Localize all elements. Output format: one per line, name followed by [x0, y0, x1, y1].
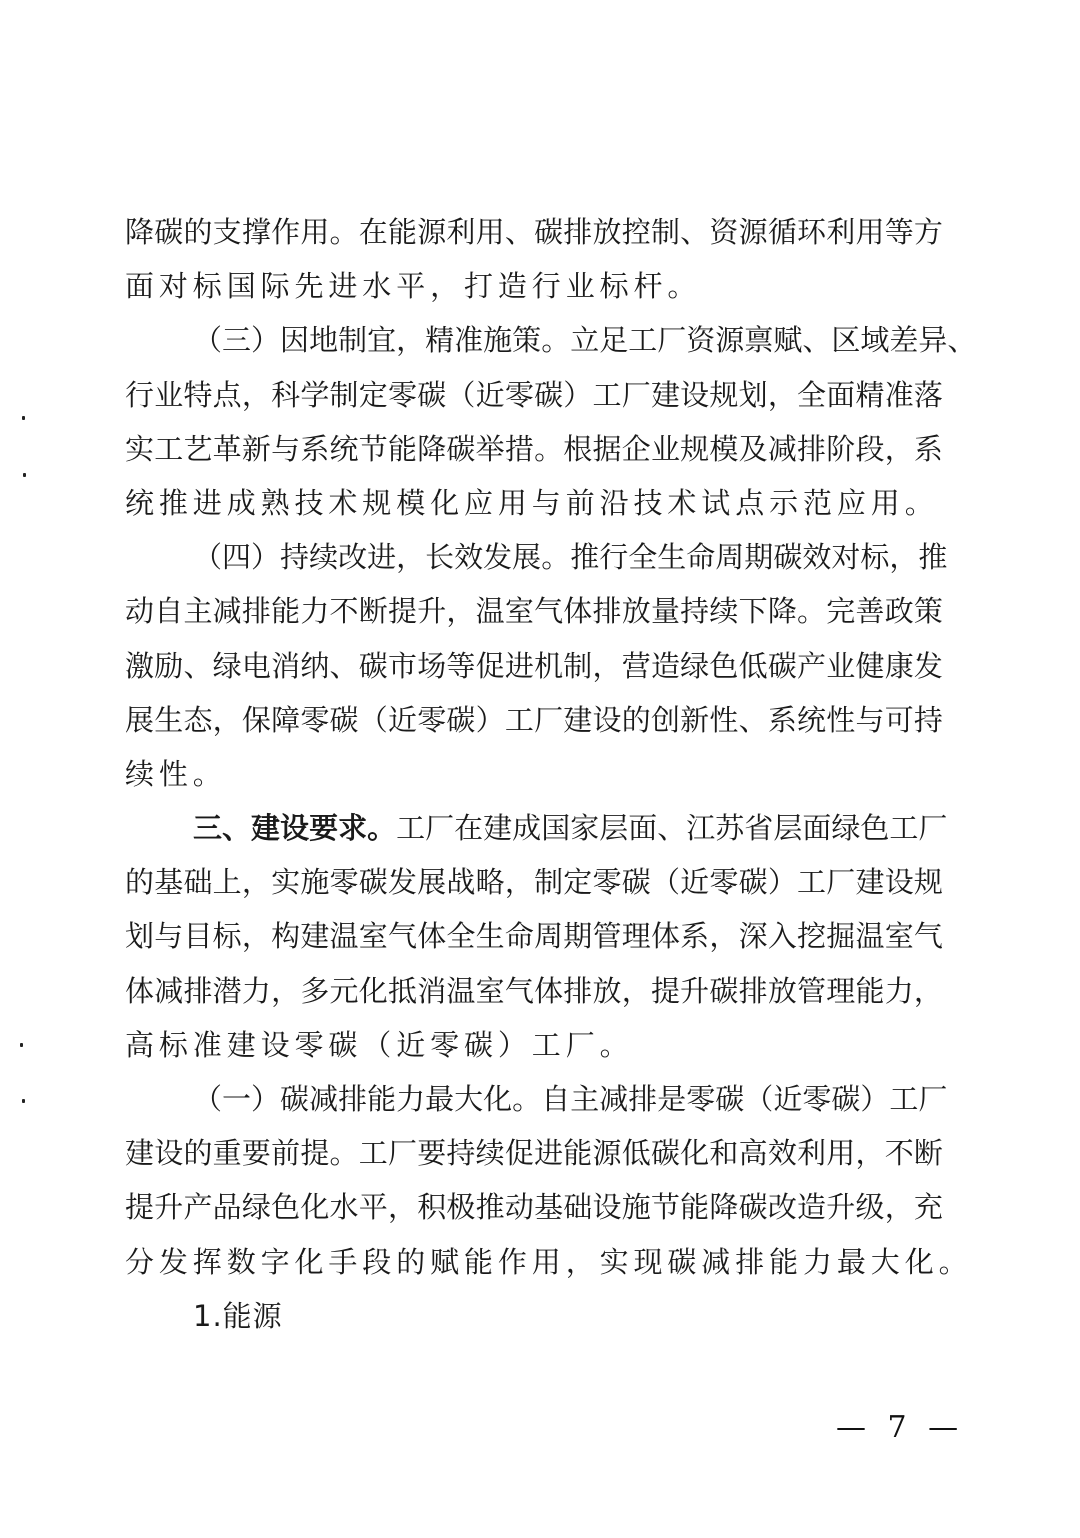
text-line: 续性。 — [125, 747, 943, 801]
binding-hole-mark — [22, 1099, 25, 1103]
text-line: 体减排潜力，多元化抵消温室气体排放，提升碳排放管理能力， — [125, 964, 943, 1018]
text-line: 降碳的支撑作用。在能源利用、碳排放控制、资源循环利用等方 — [125, 205, 943, 259]
page-number: — 7 — — [836, 1410, 964, 1445]
text-line: 建设的重要前提。工厂要持续促进能源低碳化和高效利用，不断 — [125, 1126, 943, 1180]
text-line: 划与目标，构建温室气体全生命周期管理体系，深入挖掘温室气 — [125, 909, 943, 963]
body-text: 降碳的支撑作用。在能源利用、碳排放控制、资源循环利用等方 面对标国际先进水平，打… — [125, 205, 943, 1343]
text-line: 动自主减排能力不断提升，温室气体排放量持续下降。完善政策 — [125, 584, 943, 638]
document-page: 降碳的支撑作用。在能源利用、碳排放控制、资源循环利用等方 面对标国际先进水平，打… — [0, 0, 1080, 1538]
subsection-heading-line: 1.能源 — [125, 1289, 943, 1343]
section-heading-line: （三）因地制宜，精准施策。立足工厂资源禀赋、区域差异、 — [125, 313, 943, 367]
chapter-heading: 三、建设要求。 — [193, 801, 396, 855]
text-line: 的基础上，实施零碳发展战略，制定零碳（近零碳）工厂建设规 — [125, 855, 943, 909]
binding-hole-mark — [23, 473, 26, 477]
binding-hole-mark — [20, 1043, 23, 1047]
text-line: 激励、绿电消纳、碳市场等促进机制，营造绿色低碳产业健康发 — [125, 639, 943, 693]
text-line: 分发挥数字化手段的赋能作用，实现碳减排能力最大化。 — [125, 1235, 943, 1289]
text-line: 统推进成熟技术规模化应用与前沿技术试点示范应用。 — [125, 476, 943, 530]
text-line: 实工艺革新与系统节能降碳举措。根据企业规模及减排阶段，系 — [125, 422, 943, 476]
section-heading-line: （四）持续改进，长效发展。推行全生命周期碳效对标，推 — [125, 530, 943, 584]
section-heading-line: （一）碳减排能力最大化。自主减排是零碳（近零碳）工厂 — [125, 1072, 943, 1126]
text-line: 高标准建设零碳（近零碳）工厂。 — [125, 1018, 943, 1072]
chapter-heading-line: 三、建设要求。工厂在建成国家层面、江苏省层面绿色工厂 — [125, 801, 943, 855]
text-line: 面对标国际先进水平，打造行业标杆。 — [125, 259, 943, 313]
text-line: 行业特点，科学制定零碳（近零碳）工厂建设规划，全面精准落 — [125, 368, 943, 422]
binding-hole-mark — [22, 416, 25, 420]
text-line: 提升产品绿色化水平，积极推动基础设施节能降碳改造升级，充 — [125, 1180, 943, 1234]
chapter-heading-text: 工厂在建成国家层面、江苏省层面绿色工厂 — [396, 801, 947, 855]
text-line: 展生态，保障零碳（近零碳）工厂建设的创新性、系统性与可持 — [125, 693, 943, 747]
